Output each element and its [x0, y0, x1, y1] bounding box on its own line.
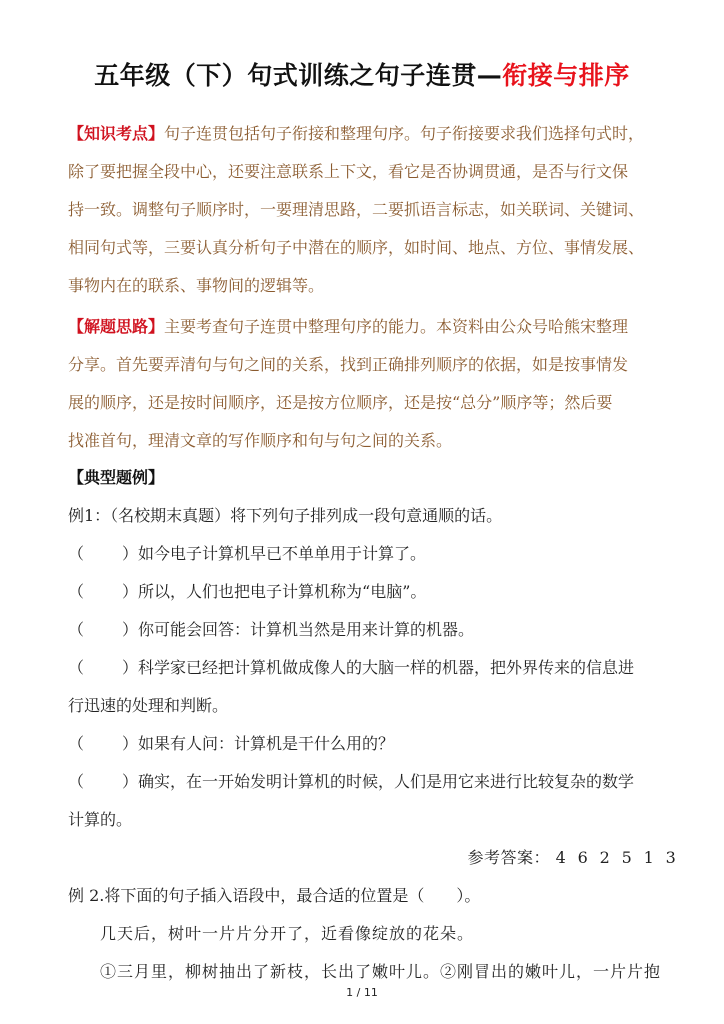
answer-blank[interactable]: （: [68, 620, 122, 640]
approach-line-2: 分享。首先要弄清句与句之间的关系，找到正确排列顺序的依据，如是按事情发: [68, 355, 628, 375]
example2-passage-line-1: ①三月里，柳树抽出了新枝，长出了嫩叶儿。②刚冒出的嫩叶儿，一片片抱: [100, 962, 661, 982]
answer-label: 参考答案：: [467, 848, 550, 867]
example2-insert-sentence: 几天后，树叶一片片分开了，近看像绽放的花朵。: [100, 924, 474, 944]
example1-item-2: （）所以，人们也把电子计算机称为“电脑”。: [68, 582, 426, 602]
example1-item-4-cont: 行迅速的处理和判断。: [68, 696, 228, 716]
example1-item-1: （）如今电子计算机早已不单单用于计算了。: [68, 544, 426, 564]
title-main: 五年级（下）句式训练之句子连贯—: [94, 61, 502, 90]
answer-blank[interactable]: （: [68, 544, 122, 564]
knowledge-line-1: 【知识考点】句子连贯包括句子衔接和整理句序。句子衔接要求我们选择句式时，: [68, 124, 644, 144]
title-accent: 衔接与排序: [502, 61, 630, 90]
knowledge-line-2: 除了要把握全段中心，还要注意联系上下文，看它是否协调贯通，是否与行文保: [68, 162, 628, 182]
approach-line-1: 【解题思路】主要考查句子连贯中整理句序的能力。本资料由公众号哈熊宋整理: [68, 317, 628, 337]
approach-line-3: 展的顺序，还是按时间顺序，还是按方位顺序，还是按“总分”顺序等；然后要: [68, 393, 612, 413]
example1-item-4: （）科学家已经把计算机做成像人的大脑一样的机器，把外界传来的信息进: [68, 658, 634, 678]
example2-prompt: 例 2.将下面的句子插入语段中，最合适的位置是（ ）。: [68, 886, 480, 906]
knowledge-line-3: 持一致。调整句子顺序时，一要理清思路，二要抓语言标志，如关联词、关键词、: [68, 200, 644, 220]
knowledge-line-5: 事物内在的联系、事物间的逻辑等。: [68, 276, 324, 296]
example1-item-5: （）如果有人问：计算机是干什么用的？: [68, 734, 394, 754]
page-title: 五年级（下）句式训练之句子连贯—衔接与排序: [0, 56, 724, 92]
knowledge-line-4: 相同句式等，三要认真分析句子中潜在的顺序，如时间、地点、方位、事情发展、: [68, 238, 644, 258]
example1-prompt: 例1：（名校期末真题）将下列句子排列成一段句意通顺的话。: [68, 506, 502, 526]
answer-blank[interactable]: （: [68, 582, 122, 602]
knowledge-tag: 【知识考点】: [68, 124, 164, 143]
example1-item-6: （）确实，在一开始发明计算机的时候，人们是用它来进行比较复杂的数学: [68, 772, 634, 792]
document-page: 五年级（下）句式训练之句子连贯—衔接与排序 【知识考点】句子连贯包括句子衔接和整…: [0, 0, 724, 1024]
answer-blank[interactable]: （: [68, 734, 122, 754]
answer-blank[interactable]: （: [68, 772, 122, 792]
example1-item-3: （）你可能会回答：计算机当然是用来计算的机器。: [68, 620, 474, 640]
answer-blank[interactable]: （: [68, 658, 122, 678]
approach-line-4: 找准首句，理清文章的写作顺序和句与句之间的关系。: [68, 431, 452, 451]
example1-item-6-cont: 计算的。: [68, 810, 132, 830]
examples-heading: 【典型题例】: [68, 468, 164, 488]
page-indicator: 1 / 11: [0, 986, 724, 999]
approach-tag: 【解题思路】: [68, 317, 164, 336]
example1-answer: 参考答案：462513: [467, 848, 682, 868]
